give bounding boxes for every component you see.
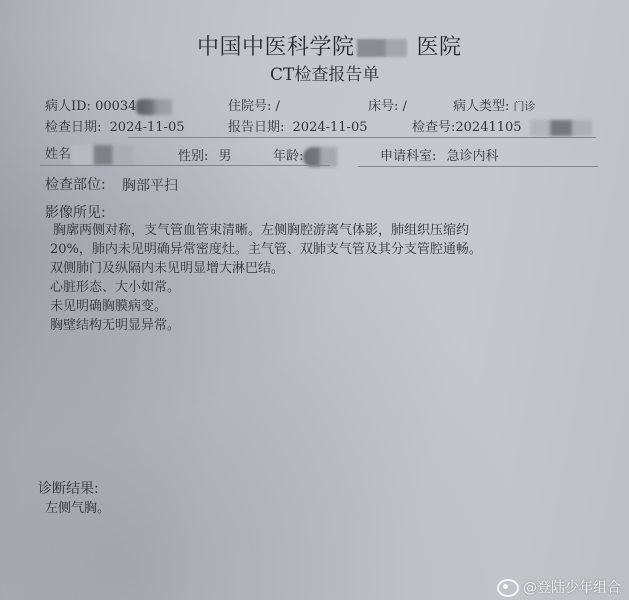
findings-text: 胸廓两侧对称，支气管血管束清晰。左侧胸腔游离气体影，肺组织压缩约 20%，肺内未… xyxy=(53,221,482,335)
patient-id-field: 病人ID: 00034 xyxy=(45,95,172,115)
exam-date-field: 检查日期: 2024-11-05 xyxy=(45,116,184,135)
age-label: 年龄: xyxy=(273,149,303,164)
bed-no-label: 床号: xyxy=(368,99,398,114)
report-date-label: 报告日期: xyxy=(228,120,284,135)
findings-line: 心脏形态、大小如常。 xyxy=(50,278,482,297)
watermark: @登陆少年组合 xyxy=(497,577,621,597)
watermark-text: @登陆少年组合 xyxy=(523,580,621,596)
department-value: 急诊内科 xyxy=(447,149,499,164)
report-title: CT检查报告单 xyxy=(270,60,379,85)
name-label: 姓名 xyxy=(45,147,71,162)
report-date-value: 2024-11-05 xyxy=(293,120,368,135)
findings-line: 未见明确胸膜病变。 xyxy=(50,297,482,316)
findings-line: 20%，肺内未见明确异常密度灶。主气管、双肺支气管及其分支管腔通畅。 xyxy=(50,240,482,259)
redacted-patient-id xyxy=(136,99,172,115)
department-label: 申请科室: xyxy=(380,149,436,164)
findings-label: 影像所见: xyxy=(45,202,106,222)
divider-line xyxy=(128,137,596,138)
findings-line: 胸壁结构无明显异常。 xyxy=(50,316,482,335)
gender-value: 男 xyxy=(219,149,232,164)
inpatient-no-label: 住院号: xyxy=(228,99,271,114)
divider-line xyxy=(40,165,330,166)
diagnosis-value: 左侧气胸。 xyxy=(45,499,110,518)
bed-no-field: 床号: / xyxy=(368,95,407,114)
inpatient-no-value: / xyxy=(276,99,280,114)
patient-type-label: 病人类型: xyxy=(453,99,509,114)
weibo-icon xyxy=(497,579,519,597)
hospital-name-suffix: 医院 xyxy=(417,35,462,60)
bed-no-value: / xyxy=(403,99,407,114)
exam-no-field: 检查号:20241105 xyxy=(412,116,592,136)
divider-line xyxy=(358,166,598,167)
exam-no-value: 20241105 xyxy=(455,120,521,135)
findings-line: 胸廓两侧对称，支气管血管束清晰。左侧胸腔游离气体影，肺组织压缩约 xyxy=(53,221,482,240)
exam-part-label: 检查部位: xyxy=(45,174,106,194)
exam-date-value: 2024-11-05 xyxy=(110,120,185,135)
gender-field: 性别: 男 xyxy=(178,145,232,164)
report-date-field: 报告日期: 2024-11-05 xyxy=(228,116,367,135)
redacted-exam-no xyxy=(530,120,592,136)
redacted-age xyxy=(303,147,337,167)
hospital-title: 中国中医科学院医院 xyxy=(197,30,462,61)
exam-no-label: 检查号: xyxy=(412,120,455,135)
name-field: 姓名 xyxy=(45,143,133,165)
department-field: 申请科室: 急诊内科 xyxy=(380,145,499,164)
patient-type-field: 病人类型: 门诊 xyxy=(453,95,536,114)
patient-id-label: 病人ID: xyxy=(45,99,91,114)
inpatient-no-field: 住院号: / xyxy=(228,95,280,114)
patient-type-value: 门诊 xyxy=(514,100,536,113)
findings-line: 双侧肺门及纵隔内未见明显增大淋巴结。 xyxy=(50,259,482,278)
hospital-name-prefix: 中国中医科学院 xyxy=(197,35,355,60)
diagnosis-label: 诊断结果: xyxy=(38,478,99,498)
exam-part-value: 胸部平扫 xyxy=(122,175,178,195)
redacted-hospital-name xyxy=(357,39,407,57)
age-field: 年龄: xyxy=(273,145,337,167)
redacted-name xyxy=(71,145,133,165)
gender-label: 性别: xyxy=(178,149,208,164)
patient-id-value: 00034 xyxy=(95,99,136,114)
exam-date-label: 检查日期: xyxy=(45,120,101,135)
